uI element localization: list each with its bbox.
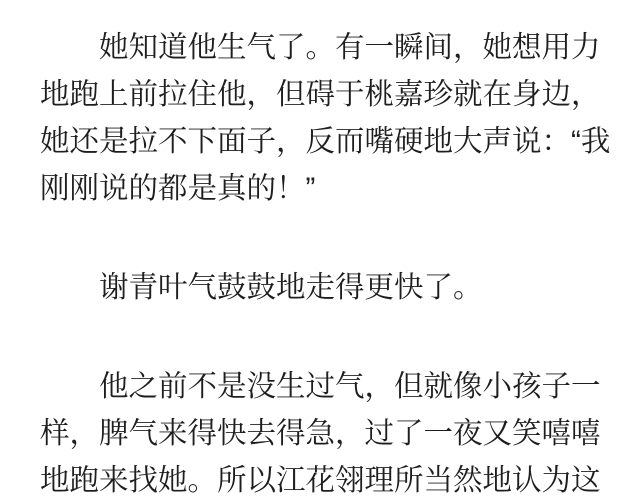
text-line: 她还是拉不下面子，反而嘴硬地大声说：“我: [40, 118, 610, 165]
paragraph: 他之前不是没生过气，但就像小孩子一 样，脾气来得快去得急，过了一夜又笑嘻嘻 地跑…: [40, 363, 610, 500]
text-line: 谢青叶气鼓鼓地走得更快了。: [40, 264, 610, 311]
text-line: 地跑来找她。所以江花翎理所当然地认为这: [40, 457, 610, 500]
text-line: 地跑上前拉住他，但碍于桃嘉珍就在身边，: [40, 71, 610, 118]
text-line: 她知道他生气了。有一瞬间，她想用力: [40, 24, 610, 71]
paragraph: 谢青叶气鼓鼓地走得更快了。: [40, 264, 610, 311]
text-line: 样，脾气来得快去得急，过了一夜又笑嘻嘻: [40, 410, 610, 457]
novel-text-page: 她知道他生气了。有一瞬间，她想用力 地跑上前拉住他，但碍于桃嘉珍就在身边， 她还…: [0, 0, 640, 500]
text-line: 刚刚说的都是真的！”: [40, 165, 610, 212]
text-line: 他之前不是没生过气，但就像小孩子一: [40, 363, 610, 410]
paragraph: 她知道他生气了。有一瞬间，她想用力 地跑上前拉住他，但碍于桃嘉珍就在身边， 她还…: [40, 24, 610, 212]
